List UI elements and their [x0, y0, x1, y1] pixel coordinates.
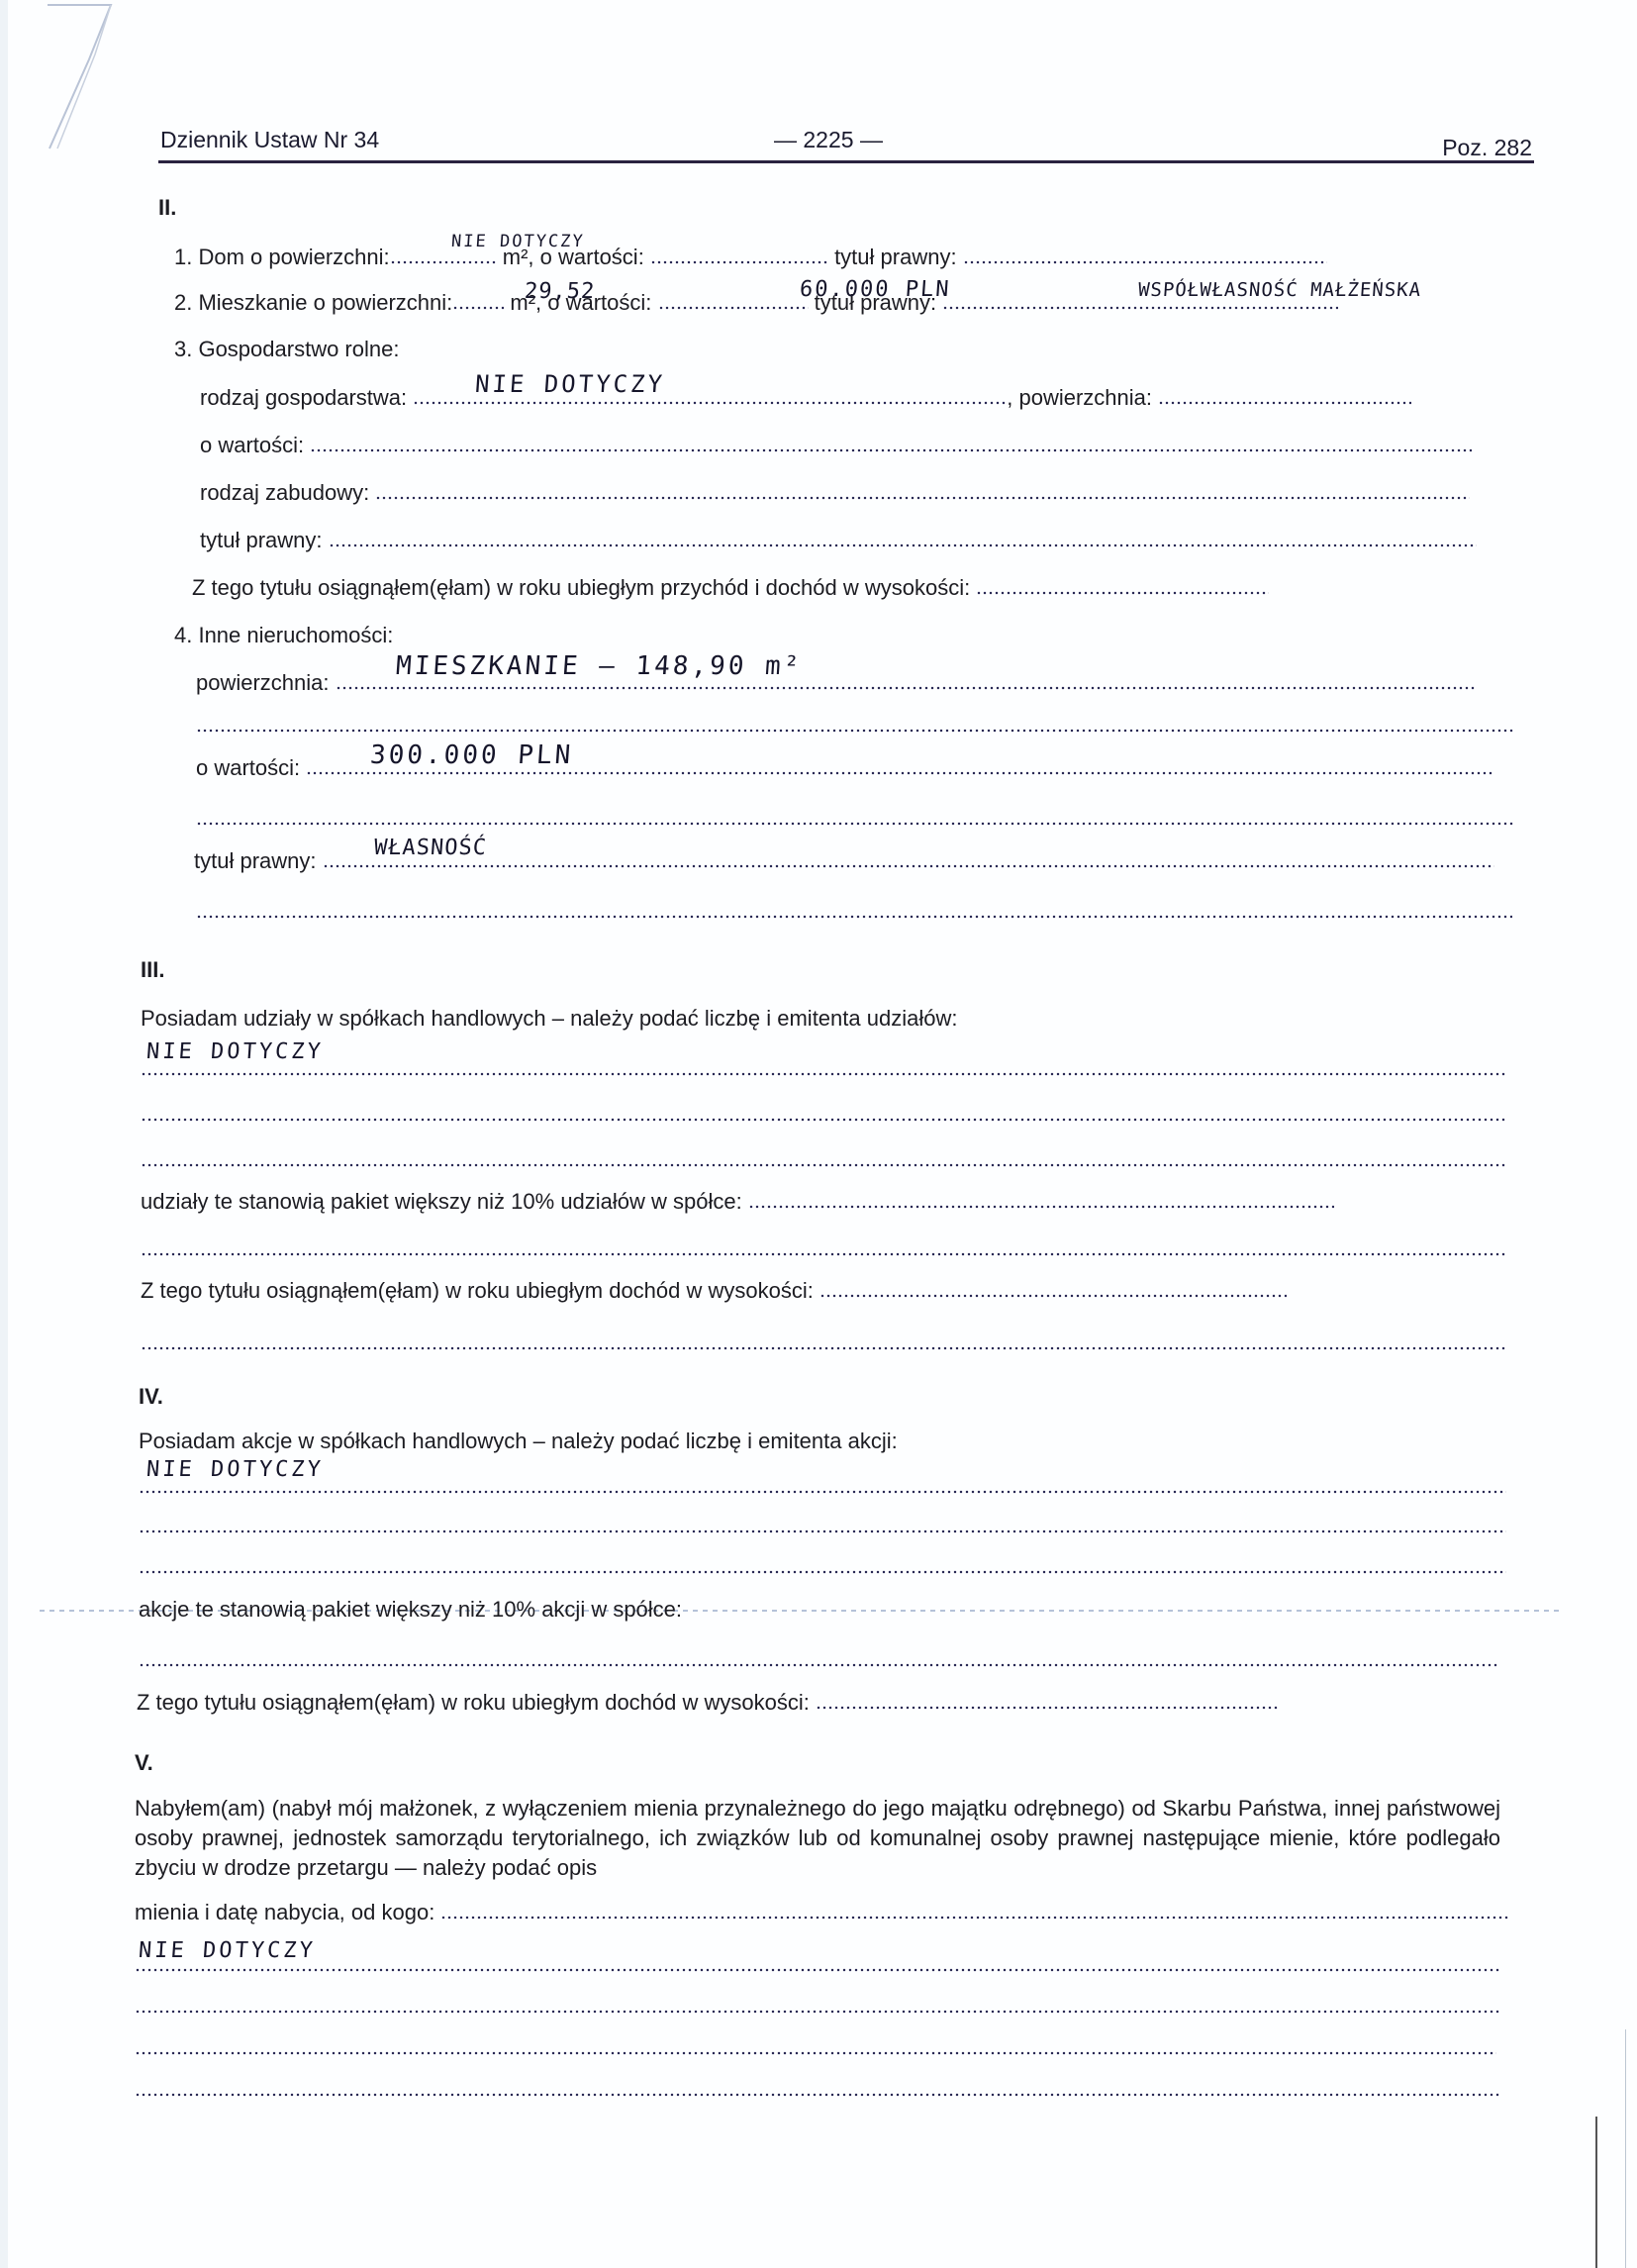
scan-edge-line-faint: [1625, 2029, 1626, 2268]
scan-edge: [0, 0, 8, 2268]
item4-worth-extra-field[interactable]: [196, 822, 1514, 826]
section-v-property-field-2[interactable]: [135, 2010, 1500, 2014]
item3-type-label: rodzaj gospodarstwa:: [200, 385, 407, 410]
section-iii-heading: III.: [141, 957, 164, 983]
section-iv-stocks-field-1[interactable]: [139, 1490, 1506, 1494]
item1-title-field[interactable]: [963, 247, 1327, 264]
item3-title-row: tytuł prawny:: [200, 527, 1477, 554]
page-number: — 2225 —: [774, 127, 883, 153]
item2-title-value: WSPÓŁWŁASNOŚĆ MAŁŻEŃSKA: [1137, 279, 1422, 301]
section-iv-stocks-field-3[interactable]: [139, 1570, 1506, 1574]
section-iv-stocks-label: Posiadam akcje w spółkach handlowych – n…: [139, 1428, 898, 1455]
section-iv-stocks-field-2[interactable]: [139, 1529, 1506, 1533]
section-iii-over10-label: udziały te stanowią pakiet większy niż 1…: [141, 1189, 742, 1214]
item3-income-field[interactable]: [976, 577, 1269, 595]
section-iv-over10-field[interactable]: [139, 1663, 1498, 1667]
section-iv-income-field[interactable]: [816, 1692, 1279, 1710]
section-v-property-field-1[interactable]: [135, 1968, 1500, 1972]
item3-worth-row: o wartości:: [200, 432, 1472, 459]
section-ii-heading: II.: [158, 195, 176, 221]
section-iii-income-row: Z tego tytułu osiągnąłem(ęłam) w roku ub…: [141, 1277, 1287, 1305]
section-iv-income-row: Z tego tytułu osiągnąłem(ęłam) w roku ub…: [137, 1689, 1279, 1717]
section-iii-income-extra-field[interactable]: [141, 1346, 1506, 1350]
item3-building-label: rodzaj zabudowy:: [200, 480, 369, 505]
item1-title-label: tytuł prawny:: [834, 245, 957, 269]
section-iii-shares-field-3[interactable]: [141, 1163, 1506, 1167]
scanned-form-page: Dziennik Ustaw Nr 34 — 2225 — Poz. 282 I…: [0, 0, 1637, 2268]
section-v-property-value: NIE DOTYCZY: [138, 1938, 316, 1963]
item2-area-value: 29,52: [524, 279, 596, 304]
section-iii-shares-field-1[interactable]: [141, 1072, 1506, 1076]
item1-area-label: 1. Dom o powierzchni:: [174, 245, 390, 269]
item3-label: 3. Gospodarstwo rolne:: [174, 336, 399, 363]
section-v-property-row: mienia i datę nabycia, od kogo:: [135, 1899, 1509, 1926]
position-number: Poz. 282: [1442, 135, 1532, 161]
section-iv-income-label: Z tego tytułu osiągnąłem(ęłam) w roku ub…: [137, 1690, 810, 1715]
item2-worth-field[interactable]: [658, 292, 809, 310]
section-v-heading: V.: [135, 1750, 153, 1776]
section-iv-over10-label: akcje te stanowią pakiet większy niż 10%…: [139, 1596, 682, 1624]
section-v-property-label: mienia i datę nabycia, od kogo:: [135, 1900, 434, 1924]
item4-area-extra-field[interactable]: [196, 729, 1514, 733]
item1-worth-field[interactable]: [650, 247, 828, 264]
item3-type-row: rodzaj gospodarstwa: , powierzchnia:: [200, 384, 1411, 412]
item4-label: 4. Inne nieruchomości:: [174, 622, 393, 649]
item4-area-row: powierzchnia:: [196, 669, 1476, 697]
item3-income-label: Z tego tytułu osiągnąłem(ęłam) w roku ub…: [192, 575, 970, 600]
item3-income-row: Z tego tytułu osiągnąłem(ęłam) w roku ub…: [192, 574, 1269, 602]
section-iii-income-label: Z tego tytułu osiągnąłem(ęłam) w roku ub…: [141, 1278, 814, 1303]
header-rule: [158, 160, 1534, 163]
item4-worth-label: o wartości:: [196, 755, 300, 780]
item3-worth-label: o wartości:: [200, 433, 304, 457]
section-v-property-field-3[interactable]: [135, 2051, 1496, 2055]
section-iii-over10-field[interactable]: [748, 1191, 1334, 1209]
item4-area-value: MIESZKANIE – 148,90 m²: [395, 651, 803, 681]
item3-title-field[interactable]: [329, 530, 1477, 547]
scan-edge-line: [1595, 2117, 1597, 2268]
section-iii-shares-field-2[interactable]: [141, 1118, 1506, 1122]
item3-type-value: NIE DOTYCZY: [474, 370, 666, 398]
section-iii-income-field[interactable]: [819, 1280, 1287, 1298]
item4-worth-value: 300.000 PLN: [369, 740, 574, 770]
section-v-property-field-4[interactable]: [135, 2093, 1500, 2097]
item1-area-value: NIE DOTYCZY: [450, 232, 585, 251]
item4-area-label: powierzchnia:: [196, 670, 330, 695]
section-iv-heading: IV.: [139, 1384, 163, 1410]
item2-area-label: 2. Mieszkanie o powierzchni:: [174, 290, 452, 315]
item3-area-field[interactable]: [1158, 387, 1411, 405]
item1-row: 1. Dom o powierzchni: m², o wartości: ty…: [174, 244, 1327, 271]
section-iii-over10-row: udziały te stanowią pakiet większy niż 1…: [141, 1188, 1334, 1216]
section-v-property-field[interactable]: [440, 1902, 1509, 1920]
section-iii-shares-label: Posiadam udziały w spółkach handlowych –…: [141, 1005, 957, 1033]
item4-title-field[interactable]: [323, 850, 1494, 868]
item3-title-label: tytuł prawny:: [200, 528, 323, 552]
pen-stroke-mark: [40, 0, 119, 158]
section-iv-stocks-value: NIE DOTYCZY: [145, 1457, 324, 1482]
item3-building-field[interactable]: [375, 482, 1470, 500]
item3-worth-field[interactable]: [310, 435, 1472, 452]
section-v-paragraph: Nabyłem(am) (nabył mój małżonek, z wyłąc…: [135, 1794, 1500, 1883]
page-header: Dziennik Ustaw Nr 34 — 2225 — Poz. 282: [160, 127, 1532, 160]
section-iii-over10-extra-field[interactable]: [141, 1252, 1506, 1256]
item3-building-row: rodzaj zabudowy:: [200, 479, 1470, 507]
item4-title-value: WŁASNOŚĆ: [373, 836, 488, 860]
item3-area-label: , powierzchnia:: [1007, 385, 1152, 410]
item2-area-field[interactable]: [452, 292, 504, 310]
section-iii-shares-value: NIE DOTYCZY: [145, 1039, 324, 1064]
journal-title: Dziennik Ustaw Nr 34: [160, 127, 379, 153]
item4-title-label: tytuł prawny:: [194, 848, 317, 873]
item2-worth-value: 60.000 PLN: [799, 277, 951, 302]
item4-title-extra-field[interactable]: [196, 915, 1512, 919]
